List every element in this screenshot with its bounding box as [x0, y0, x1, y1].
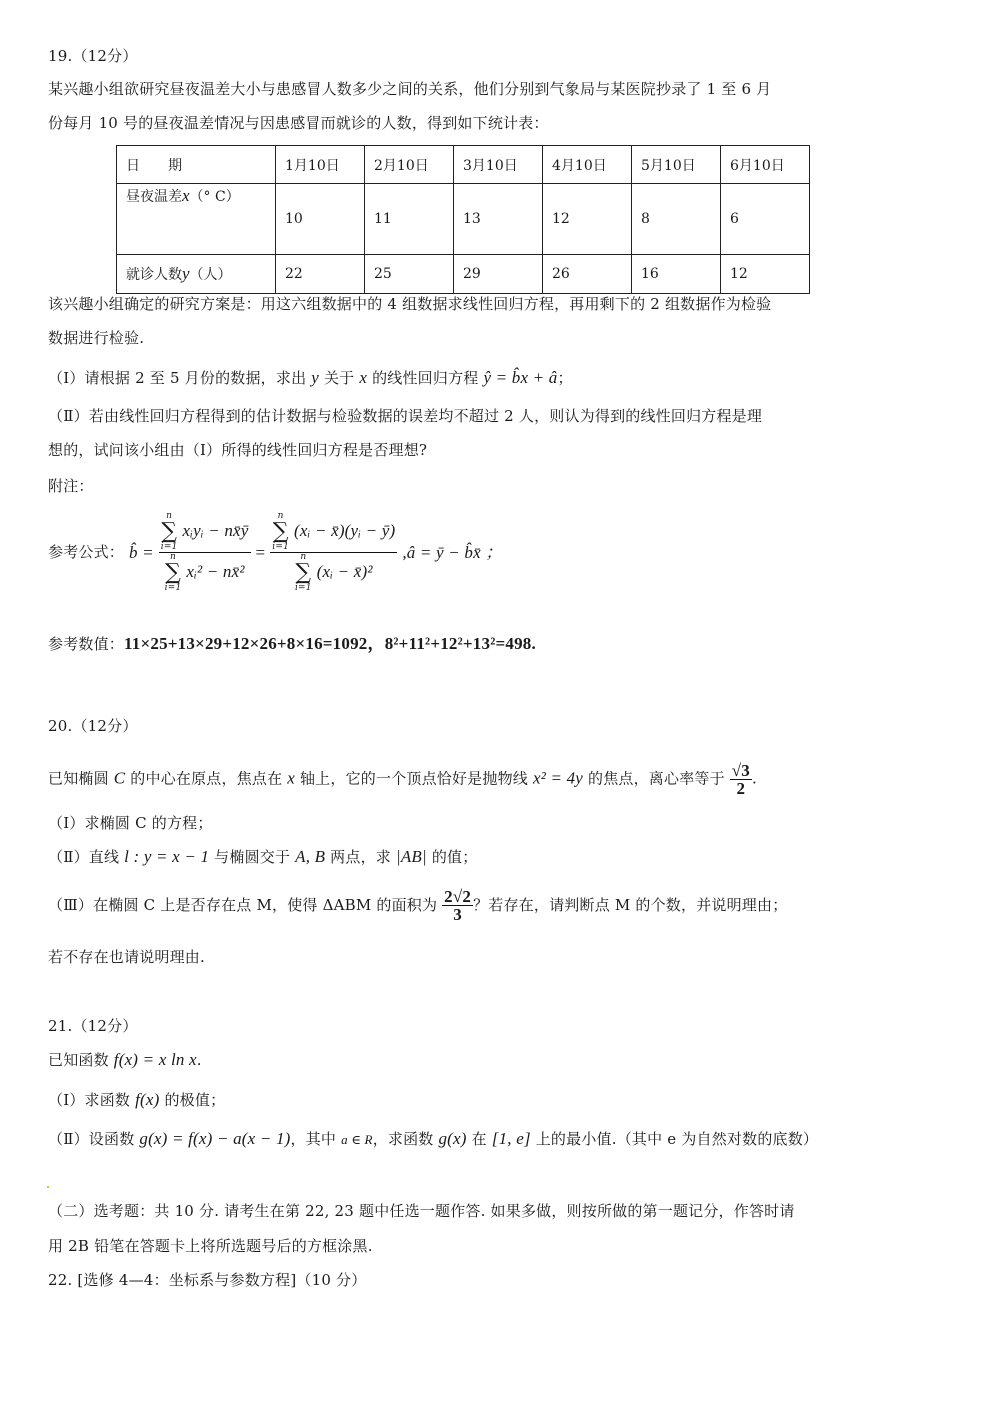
table-cell: 16 — [632, 255, 721, 294]
text: （Ⅰ）请根据 2 至 5 月份的数据，求出 — [48, 369, 311, 387]
table-cell: 26 — [543, 255, 632, 294]
elective-line1: （二）选考题：共 10 分. 请考生在第 22, 23 题中任选一题作答. 如果… — [48, 1201, 795, 1221]
q19-part2-line1: （Ⅱ）若由线性回归方程得到的估计数据与检验数据的误差均不超过 2 人，则认为得到… — [48, 406, 762, 426]
table-cell: 25 — [365, 255, 454, 294]
text: 的值； — [427, 848, 478, 866]
segment-length: |AB| — [396, 847, 427, 866]
q21-part1: （Ⅰ）求函数 f(x) 的极值； — [48, 1090, 225, 1110]
text: ，求函数 — [373, 1130, 439, 1148]
text: ？若存在，请判断点 M 的个数，并说明理由； — [473, 896, 787, 914]
numerator: n∑i=1 xᵢyᵢ − nx̄ȳ — [159, 512, 251, 553]
table-cell: 11 — [365, 184, 454, 255]
fraction-2: n∑i=1 (xᵢ − x̄)(yᵢ − ȳ) n∑i=1 (xᵢ − x̄)² — [270, 512, 397, 593]
q21-header: 21.（12分） — [48, 1016, 138, 1036]
text: （Ⅱ）直线 — [48, 848, 124, 866]
numerator-expr: xᵢyᵢ − nx̄ȳ — [183, 521, 249, 540]
text: 轴上，它的一个顶点恰好是抛物线 — [295, 770, 533, 788]
sigma-icon: n∑i=1 — [161, 512, 178, 552]
table-date: 3月10日 — [454, 146, 543, 184]
label-text: 昼夜温差 — [126, 189, 182, 205]
table-cell: 22 — [276, 255, 365, 294]
text: 在 — [467, 1130, 492, 1148]
table-cell: 13 — [454, 184, 543, 255]
q20-part3-line2: 若不存在也请说明理由. — [48, 947, 205, 967]
table-row-patients: 就诊人数y（人） 22 25 29 26 16 12 — [117, 255, 810, 294]
numerator: n∑i=1 (xᵢ − x̄)(yᵢ − ȳ) — [270, 512, 397, 553]
numerator-expr: (xᵢ − x̄)(yᵢ − ȳ) — [294, 521, 395, 540]
table-cell: 6 — [721, 184, 810, 255]
text: 已知函数 — [48, 1051, 114, 1069]
line-equation: l : y = x − 1 — [124, 847, 209, 866]
text: 与椭圆交于 — [209, 848, 295, 866]
q19-plan-line2: 数据进行检验. — [48, 328, 144, 348]
q19-part2-line2: 想的，试问该小组由（Ⅰ）所得的线性回归方程是否理想? — [48, 440, 427, 460]
text: （Ⅱ）设函数 — [48, 1130, 139, 1148]
text: 两点，求 — [325, 848, 396, 866]
sum-lower: i=1 — [295, 584, 312, 593]
formula-label: 参考公式： — [48, 543, 124, 561]
equals-sign: = — [256, 543, 266, 562]
text: 关于 — [319, 369, 359, 387]
table-cell: 12 — [543, 184, 632, 255]
denominator-expr: (xᵢ − x̄)² — [317, 562, 373, 581]
ref-values-2: 8²+11²+12²+13²=498. — [385, 634, 536, 653]
q20-part1: （Ⅰ）求椭圆 C 的方程； — [48, 813, 213, 833]
sum-lower: i=1 — [165, 584, 182, 593]
table-header-label: 日 期 — [117, 146, 276, 184]
table-row-label: 昼夜温差x（° C） — [117, 184, 276, 255]
text: ； — [558, 369, 573, 387]
q19-ref-values: 参考数值：11×25+13×29+12×26+8×16=1092，8²+11²+… — [48, 634, 536, 654]
math-var: x — [359, 368, 367, 387]
table-cell: 8 — [632, 184, 721, 255]
text: 的线性回归方程 — [367, 369, 483, 387]
q19-intro-line2: 份每月 10 号的昼夜温差情况与因患感冒而就诊的人数，得到如下统计表： — [48, 113, 549, 133]
table-row-temperature: 昼夜温差x（° C） 10 11 13 12 8 6 — [117, 184, 810, 255]
function-definition: f(x) = x ln x — [114, 1050, 197, 1069]
label-unit: （° C） — [190, 189, 240, 205]
ref-values-1: 11×25+13×29+12×26+8×16=1092， — [124, 634, 385, 653]
table-date: 5月10日 — [632, 146, 721, 184]
numerator: √3 — [730, 762, 752, 780]
regression-formula: ŷ = b̂x + â — [483, 368, 557, 387]
text: 的极值； — [160, 1091, 226, 1109]
q20-part3: （Ⅲ）在椭圆 C 上是否存在点 M，使得 ΔABM 的面积为 2√23？若存在，… — [48, 888, 787, 923]
text: （Ⅲ）在椭圆 C 上是否存在点 M，使得 ΔABM 的面积为 — [48, 896, 442, 914]
sigma-icon: n∑i=1 — [272, 512, 289, 552]
q19-header: 19.（12分） — [48, 46, 138, 66]
fraction-1: n∑i=1 xᵢyᵢ − nx̄ȳ n∑i=1 xᵢ² − nx̄² — [159, 512, 251, 593]
table-cell: 10 — [276, 184, 365, 255]
text: 上的最小值.（其中 e 为自然对数的底数） — [531, 1130, 818, 1148]
table-date: 2月10日 — [365, 146, 454, 184]
text: . — [752, 770, 757, 788]
interval: [1, e] — [492, 1129, 531, 1148]
table-cell: 12 — [721, 255, 810, 294]
text: 的中心在原点，焦点在 — [125, 770, 287, 788]
label-text: 就诊人数 — [126, 267, 182, 283]
q20-part2: （Ⅱ）直线 l : y = x − 1 与椭圆交于 A, B 两点，求 |AB|… — [48, 847, 477, 867]
q20-header: 20.（12分） — [48, 716, 138, 736]
math-var: y — [311, 368, 319, 387]
points: A, B — [295, 847, 325, 866]
b-hat: b̂ = — [129, 543, 154, 562]
table-cell: 29 — [454, 255, 543, 294]
q19-intro-line1: 某兴趣小组欲研究昼夜温差大小与患感冒人数多少之间的关系，他们分别到气象局与某医院… — [48, 79, 771, 99]
sum-lower: i=1 — [161, 543, 178, 552]
sigma-icon: n∑i=1 — [165, 553, 182, 593]
stray-dot — [47, 1186, 49, 1188]
q19-formula: 参考公式： b̂ = n∑i=1 xᵢyᵢ − nx̄ȳ n∑i=1 xᵢ² −… — [48, 512, 502, 593]
math-var: x — [287, 769, 295, 788]
denominator: 3 — [442, 906, 473, 923]
denominator: 2 — [730, 780, 752, 797]
parabola-equation: x² = 4y — [533, 769, 583, 788]
q21-intro: 已知函数 f(x) = x ln x. — [48, 1050, 202, 1070]
ref-values-label: 参考数值： — [48, 635, 124, 653]
q19-note-label: 附注： — [48, 476, 94, 496]
math-expr: g(x) — [438, 1129, 466, 1148]
text: 的焦点，离心率等于 — [583, 770, 730, 788]
q19-plan-line1: 该兴趣小组确定的研究方案是：用这六组数据中的 4 组数据求线性回归方程，再用剩下… — [48, 294, 771, 314]
table-date: 1月10日 — [276, 146, 365, 184]
a-hat-formula: ,â = ȳ − b̂x̄ ； — [402, 543, 502, 562]
text: （Ⅰ）求函数 — [48, 1091, 135, 1109]
math-expr: f(x) — [135, 1090, 159, 1109]
parameter-domain: a ∈ R — [341, 1132, 373, 1147]
denominator: n∑i=1 (xᵢ − x̄)² — [270, 553, 397, 593]
label-var: x — [182, 186, 190, 205]
denominator: n∑i=1 xᵢ² − nx̄² — [159, 553, 251, 593]
table-date: 6月10日 — [721, 146, 810, 184]
q21-part2: （Ⅱ）设函数 g(x) = f(x) − a(x − 1)，其中 a ∈ R，求… — [48, 1129, 818, 1150]
q20-intro: 已知椭圆 C 的中心在原点，焦点在 x 轴上，它的一个顶点恰好是抛物线 x² =… — [48, 762, 757, 797]
denominator-expr: xᵢ² − nx̄² — [186, 562, 244, 581]
statistics-table: 日 期 1月10日 2月10日 3月10日 4月10日 5月10日 6月10日 … — [116, 145, 810, 294]
sum-lower: i=1 — [272, 543, 289, 552]
text: ，其中 — [291, 1130, 342, 1148]
math-var: C — [114, 769, 126, 788]
eccentricity-fraction: √32 — [730, 762, 752, 797]
area-fraction: 2√23 — [442, 888, 473, 923]
function-g: g(x) = f(x) − a(x − 1) — [139, 1129, 290, 1148]
numerator: 2√2 — [442, 888, 473, 906]
label-var: y — [182, 264, 190, 283]
label-unit: （人） — [190, 267, 232, 283]
table-header-row: 日 期 1月10日 2月10日 3月10日 4月10日 5月10日 6月10日 — [117, 146, 810, 184]
elective-line2: 用 2B 铅笔在答题卡上将所选题号后的方框涂黑. — [48, 1236, 373, 1256]
q19-part1: （Ⅰ）请根据 2 至 5 月份的数据，求出 y 关于 x 的线性回归方程 ŷ =… — [48, 368, 573, 388]
table-row-label: 就诊人数y（人） — [117, 255, 276, 294]
text: 已知椭圆 — [48, 770, 114, 788]
q22-header: 22. [选修 4—4：坐标系与参数方程]（10 分） — [48, 1270, 366, 1290]
text: . — [197, 1051, 202, 1069]
table-date: 4月10日 — [543, 146, 632, 184]
sigma-icon: n∑i=1 — [295, 553, 312, 593]
